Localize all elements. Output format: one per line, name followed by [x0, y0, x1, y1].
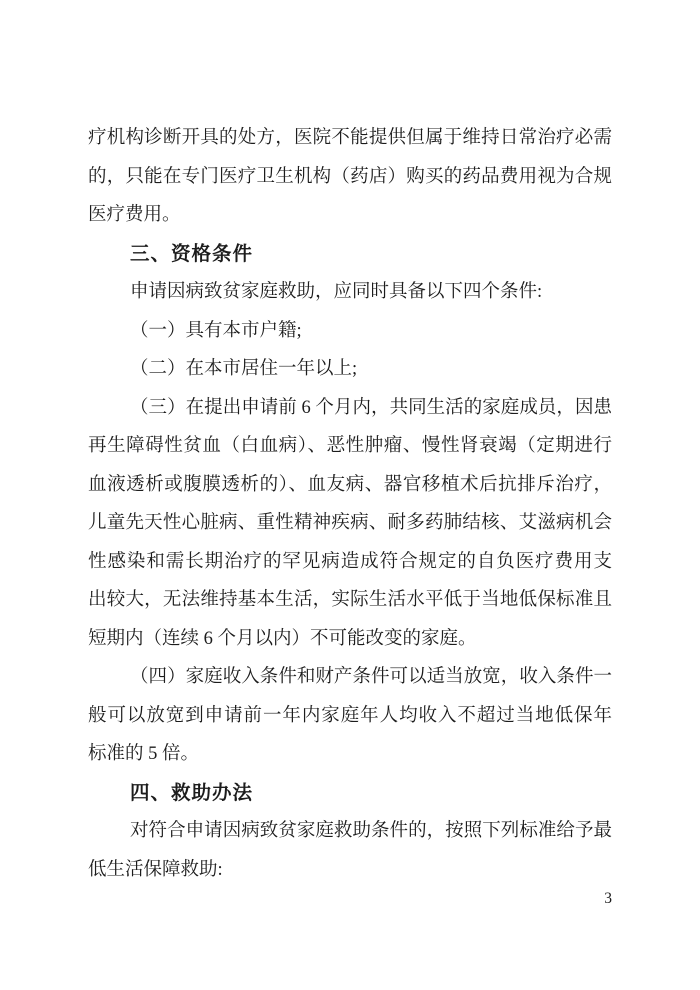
paragraph-line: （一）具有本市户籍;	[88, 312, 612, 351]
paragraph-line: （四）家庭收入条件和财产条件可以适当放宽，收入条件一	[88, 658, 612, 697]
document-body: 疗机构诊断开具的处方，医院不能提供但属于维持日常治疗必需的，只能在专门医疗卫生机…	[88, 119, 612, 889]
paragraph-line: 的，只能在专门医疗卫生机构（药店）购买的药品费用视为合规	[88, 158, 612, 197]
page-number: 3	[88, 888, 612, 910]
paragraph-line: （二）在本市居住一年以上;	[88, 350, 612, 389]
section-heading: 三、资格条件	[88, 235, 612, 274]
paragraph-line: 性感染和需长期治疗的罕见病造成符合规定的自负医疗费用支	[88, 543, 612, 582]
paragraph-line: 短期内（连续 6 个月以内）不可能改变的家庭。	[88, 620, 612, 659]
document-page: 疗机构诊断开具的处方，医院不能提供但属于维持日常治疗必需的，只能在专门医疗卫生机…	[0, 0, 700, 990]
paragraph-line: 低生活保障救助:	[88, 851, 612, 890]
paragraph-line: 对符合申请因病致贫家庭救助条件的，按照下列标准给予最	[88, 812, 612, 851]
paragraph-line: 标准的 5 倍。	[88, 735, 612, 774]
paragraph-line: 出较大，无法维持基本生活，实际生活水平低于当地低保标准且	[88, 581, 612, 620]
paragraph-line: （三）在提出申请前 6 个月内，共同生活的家庭成员，因患	[88, 389, 612, 428]
paragraph-line: 疗机构诊断开具的处方，医院不能提供但属于维持日常治疗必需	[88, 119, 612, 158]
paragraph-line: 儿童先天性心脏病、重性精神疾病、耐多药肺结核、艾滋病机会	[88, 504, 612, 543]
paragraph-line: 再生障碍性贫血（白血病）、恶性肿瘤、慢性肾衰竭（定期进行	[88, 427, 612, 466]
paragraph-line: 申请因病致贫家庭救助，应同时具备以下四个条件:	[88, 273, 612, 312]
paragraph-line: 般可以放宽到申请前一年内家庭年人均收入不超过当地低保年	[88, 697, 612, 736]
paragraph-line: 医疗费用。	[88, 196, 612, 235]
section-heading: 四、救助办法	[88, 774, 612, 813]
paragraph-line: 血液透析或腹膜透析的）、血友病、器官移植术后抗排斥治疗，	[88, 466, 612, 505]
